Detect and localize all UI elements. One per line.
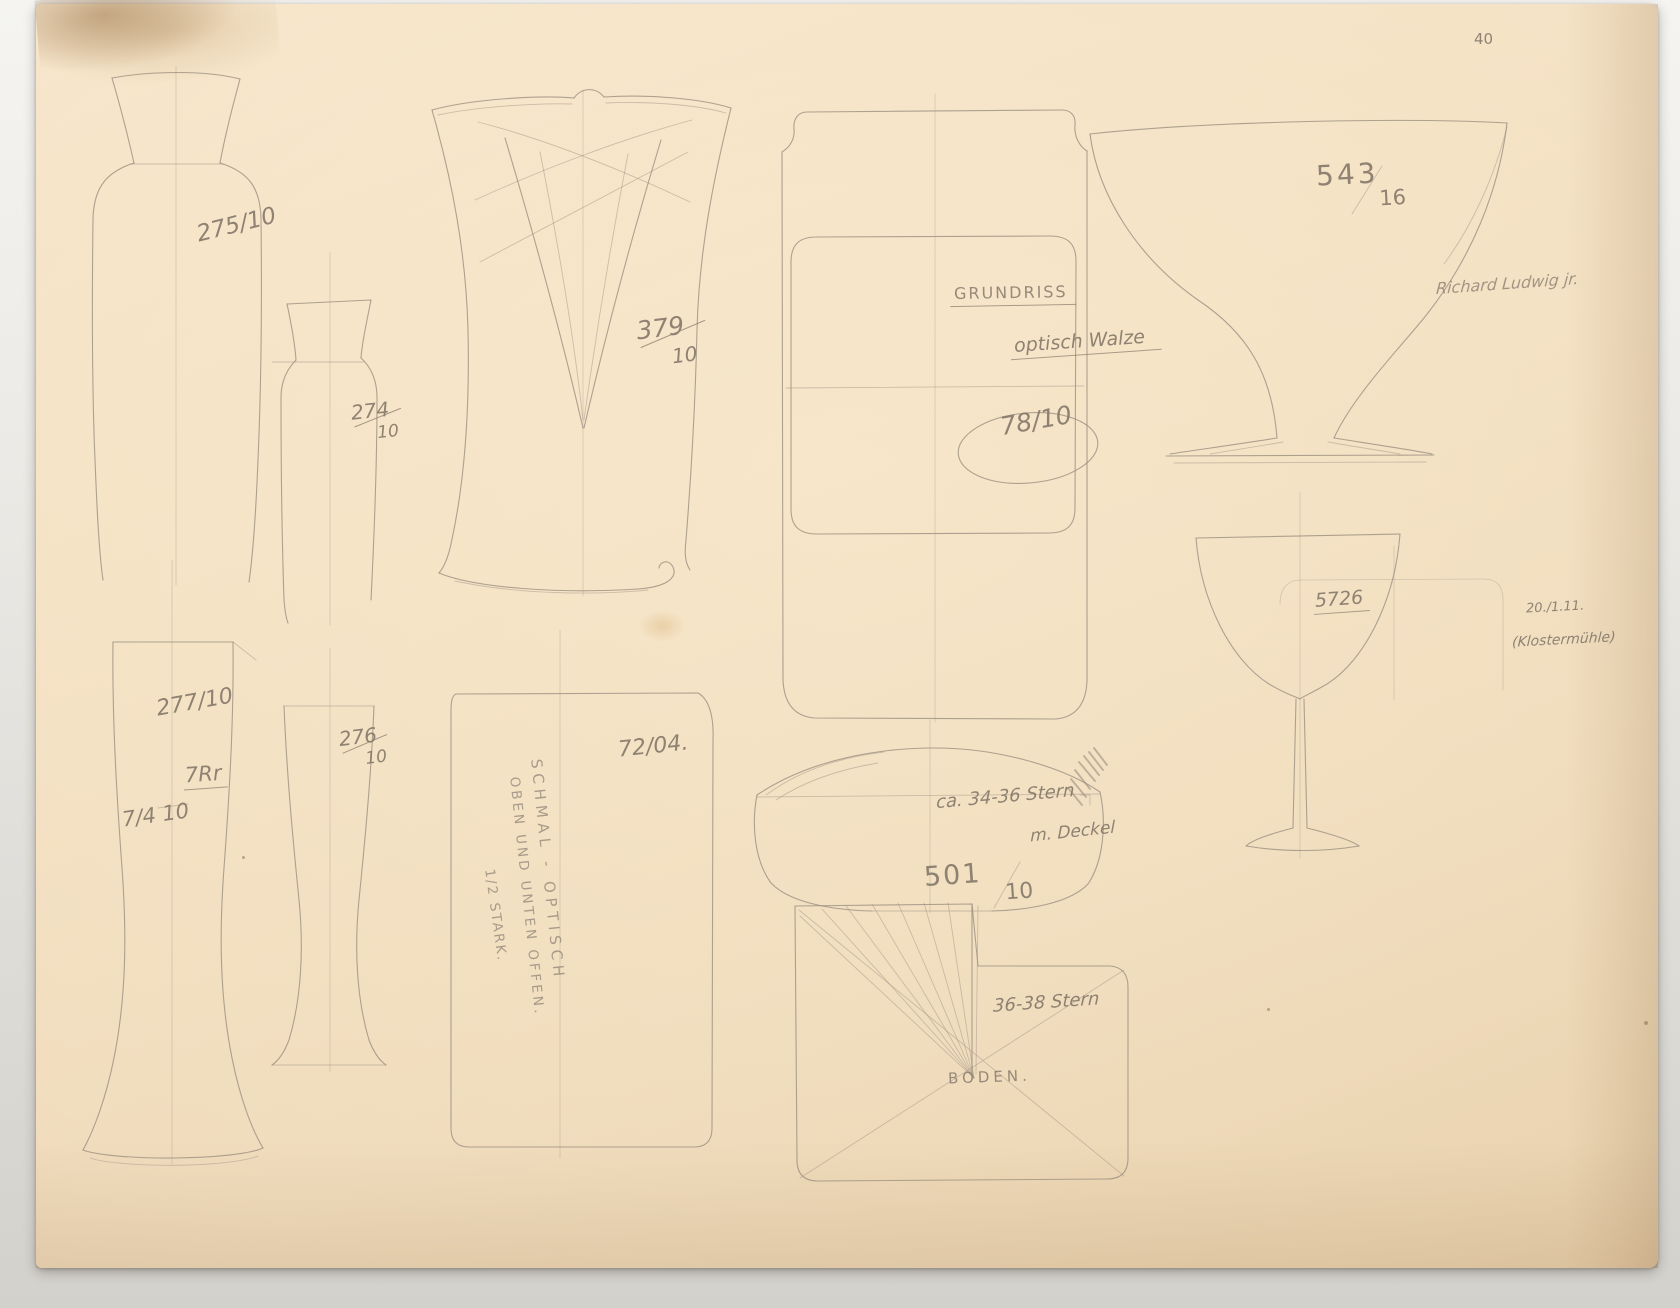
scanned-sketch-page: 40 275/10 274 10 379 10 GRUNDRISS optisc… xyxy=(0,0,1680,1308)
sketch-vase-275 xyxy=(92,66,261,585)
frac-denominator: 10 xyxy=(1004,878,1034,905)
frac-denominator: 16 xyxy=(1379,185,1407,210)
pencil-sketch-layer xyxy=(0,0,1680,1308)
label-vase-274: 274 10 xyxy=(350,395,406,445)
frac-denominator: 10 xyxy=(376,420,406,443)
sketch-boden xyxy=(795,903,1128,1181)
sketch-vase-276 xyxy=(272,648,386,1072)
frac-denominator: 10 xyxy=(364,746,392,769)
frac-numerator: 543 xyxy=(1315,156,1379,192)
label-vase-379: 379 10 xyxy=(635,308,713,372)
label-vase-276: 276 10 xyxy=(337,721,392,772)
page-number: 40 xyxy=(1474,30,1493,48)
sketch-glas-5726 xyxy=(1196,492,1503,858)
frac-numerator: 501 xyxy=(923,858,983,893)
label-schale-543: 543 16 xyxy=(1315,156,1379,192)
frac-denominator: 10 xyxy=(671,340,714,369)
label-boden: BODEN. xyxy=(948,1067,1031,1088)
label-mark-7rr: 7Rr xyxy=(182,761,227,791)
sketch-vase-277 xyxy=(83,560,263,1165)
label-schale-501: 501 10 xyxy=(923,858,983,893)
label-grundriss: GRUNDRISS xyxy=(950,282,1076,307)
label-glas-5726: 5726 xyxy=(1312,586,1370,615)
note-date: 20./1.11. xyxy=(1526,598,1585,616)
